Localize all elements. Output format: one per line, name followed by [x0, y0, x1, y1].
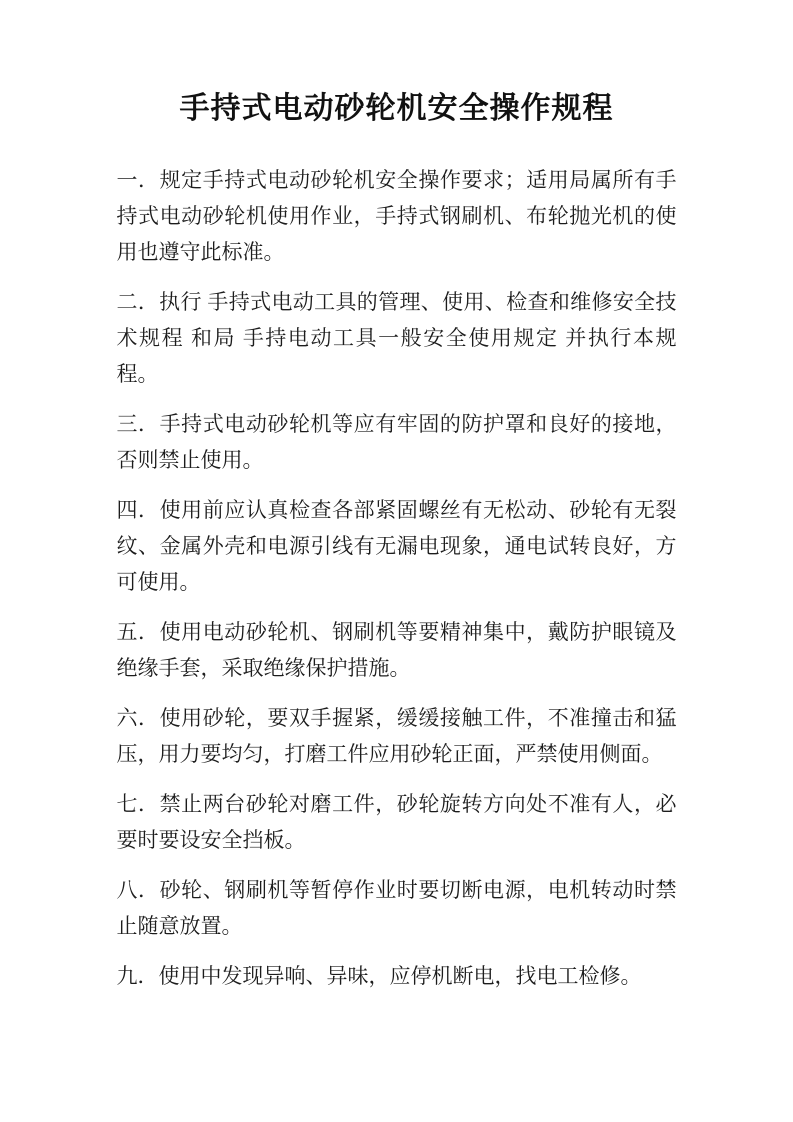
rule-paragraph-9: 九．使用中发现异响、异味，应停机断电，找电工检修。 — [117, 958, 677, 994]
rule-paragraph-3: 三．手持式电动砂轮机等应有牢固的防护罩和良好的接地，否则禁止使用。 — [117, 406, 677, 478]
rule-paragraph-5: 五．使用电动砂轮机、钢刷机等要精神集中，戴防护眼镜及绝缘手套，采取绝缘保护措施。 — [117, 614, 677, 686]
document-title: 手持式电动砂轮机安全操作规程 — [0, 88, 793, 130]
rule-paragraph-4: 四．使用前应认真检查各部紧固螺丝有无松动、砂轮有无裂纹、金属外壳和电源引线有无漏… — [117, 492, 677, 600]
document-page: 手持式电动砂轮机安全操作规程 一．规定手持式电动砂轮机安全操作要求；适用局属所有… — [0, 0, 793, 1122]
rule-paragraph-2: 二．执行 手持式电动工具的管理、使用、检查和维修安全技术规程 和局 手持电动工具… — [117, 284, 677, 392]
rule-paragraph-7: 七．禁止两台砂轮对磨工件，砂轮旋转方向处不准有人，必要时要设安全挡板。 — [117, 786, 677, 858]
rule-paragraph-6: 六．使用砂轮，要双手握紧，缓缓接触工件，不准撞击和猛压，用力要均匀，打磨工件应用… — [117, 700, 677, 772]
document-body: 一．规定手持式电动砂轮机安全操作要求；适用局属所有手持式电动砂轮机使用作业，手持… — [117, 162, 677, 994]
rule-paragraph-8: 八．砂轮、钢刷机等暂停作业时要切断电源，电机转动时禁止随意放置。 — [117, 872, 677, 944]
rule-paragraph-1: 一．规定手持式电动砂轮机安全操作要求；适用局属所有手持式电动砂轮机使用作业，手持… — [117, 162, 677, 270]
